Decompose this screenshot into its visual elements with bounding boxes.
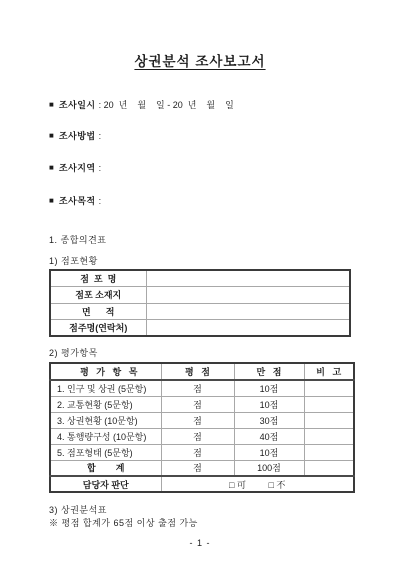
- header-cell-max: 만 점: [234, 363, 304, 380]
- total-score-cell: 점: [161, 460, 234, 476]
- checkbox-option-approve: □ 可: [229, 478, 246, 491]
- row-value-cell: [146, 270, 350, 287]
- table-row: 4. 통행량구성 (10문항) 점 40점: [50, 428, 354, 444]
- section-heading-store-status: 1) 점포현황: [49, 254, 98, 267]
- max-cell: 30점: [234, 412, 304, 428]
- total-row: 합 계 점 100점: [50, 460, 354, 476]
- note-text: ※ 평점 합계가 65점 이상 출점 가능: [49, 516, 198, 529]
- row-label-cell: 면 적: [50, 303, 146, 320]
- field-value: :: [99, 163, 102, 173]
- header-cell-score: 평 점: [161, 363, 234, 380]
- row-label-cell: 점포 소재지: [50, 287, 146, 304]
- table-row: 1. 인구 및 상권 (5문항) 점 10점: [50, 380, 354, 396]
- note-cell: [304, 412, 354, 428]
- field-value: :: [99, 131, 102, 141]
- max-cell: 40점: [234, 428, 304, 444]
- bullet-square-icon: ■: [49, 164, 54, 172]
- note-cell: [304, 444, 354, 460]
- total-note-cell: [304, 460, 354, 476]
- table-row: 면 적: [50, 303, 350, 320]
- document-page: 상권분석 조사보고서 ■ 조사일시 : 20 년 월 일 - 20 년 월 일 …: [0, 0, 400, 565]
- page-title: 상권분석 조사보고서: [0, 50, 400, 70]
- table-row: 점 포 명: [50, 270, 350, 287]
- judgement-label-cell: 담당자 판단: [50, 476, 161, 492]
- header-cell-note: 비 고: [304, 363, 354, 380]
- note-cell: [304, 396, 354, 412]
- item-cell: 3. 상권현황 (10문항): [50, 412, 161, 428]
- score-cell: 점: [161, 380, 234, 396]
- bullet-square-icon: ■: [49, 101, 54, 109]
- field-label: 조사방법: [59, 129, 96, 142]
- checkbox-option-reject: □ 不: [269, 478, 286, 491]
- row-value-cell: [146, 303, 350, 320]
- section-heading-summary: 1. 종합의견표: [49, 233, 106, 246]
- item-cell: 5. 점포형태 (5문항): [50, 444, 161, 460]
- table-row: 2. 교통현황 (5문항) 점 10점: [50, 396, 354, 412]
- bullet-square-icon: ■: [49, 132, 54, 140]
- max-cell: 10점: [234, 396, 304, 412]
- evaluation-table: 평 가 항 목 평 점 만 점 비 고 1. 인구 및 상권 (5문항) 점 1…: [49, 362, 355, 493]
- survey-field-region: ■ 조사지역 :: [49, 161, 101, 174]
- table-row: 점포 소재지: [50, 287, 350, 304]
- score-cell: 점: [161, 396, 234, 412]
- field-label: 조사목적: [59, 194, 96, 207]
- judgement-options-cell: □ 可 □ 不: [161, 476, 354, 492]
- field-label: 조사지역: [59, 161, 96, 174]
- row-value-cell: [146, 320, 350, 337]
- row-value-cell: [146, 287, 350, 304]
- max-cell: 10점: [234, 380, 304, 396]
- note-cell: [304, 380, 354, 396]
- field-value: :: [99, 196, 102, 206]
- row-label-cell: 점주명(연락처): [50, 320, 146, 337]
- table-header-row: 평 가 항 목 평 점 만 점 비 고: [50, 363, 354, 380]
- table-row: 점주명(연락처): [50, 320, 350, 337]
- judgement-row: 담당자 판단 □ 可 □ 不: [50, 476, 354, 492]
- item-cell: 1. 인구 및 상권 (5문항): [50, 380, 161, 396]
- table-row: 3. 상권현황 (10문항) 점 30점: [50, 412, 354, 428]
- section-heading-evaluation: 2) 평가항목: [49, 346, 98, 359]
- survey-field-purpose: ■ 조사목적 :: [49, 194, 101, 207]
- total-label-cell: 합 계: [50, 460, 161, 476]
- bullet-square-icon: ■: [49, 197, 54, 205]
- table-row: 5. 점포형태 (5문항) 점 10점: [50, 444, 354, 460]
- section-heading-analysis: 3) 상권분석표: [49, 503, 107, 516]
- header-cell-item: 평 가 항 목: [50, 363, 161, 380]
- survey-field-date: ■ 조사일시 : 20 년 월 일 - 20 년 월 일: [49, 98, 234, 111]
- score-cell: 점: [161, 428, 234, 444]
- item-cell: 4. 통행량구성 (10문항): [50, 428, 161, 444]
- store-info-table: 점 포 명 점포 소재지 면 적 점주명(연락처): [49, 269, 351, 337]
- field-label: 조사일시: [59, 98, 96, 111]
- note-cell: [304, 428, 354, 444]
- total-max-cell: 100점: [234, 460, 304, 476]
- score-cell: 점: [161, 444, 234, 460]
- field-value: : 20 년 월 일 - 20 년 월 일: [99, 98, 234, 111]
- max-cell: 10점: [234, 444, 304, 460]
- row-label-cell: 점 포 명: [50, 270, 146, 287]
- page-number: - 1 -: [0, 538, 400, 548]
- survey-field-method: ■ 조사방법 :: [49, 129, 101, 142]
- score-cell: 점: [161, 412, 234, 428]
- item-cell: 2. 교통현황 (5문항): [50, 396, 161, 412]
